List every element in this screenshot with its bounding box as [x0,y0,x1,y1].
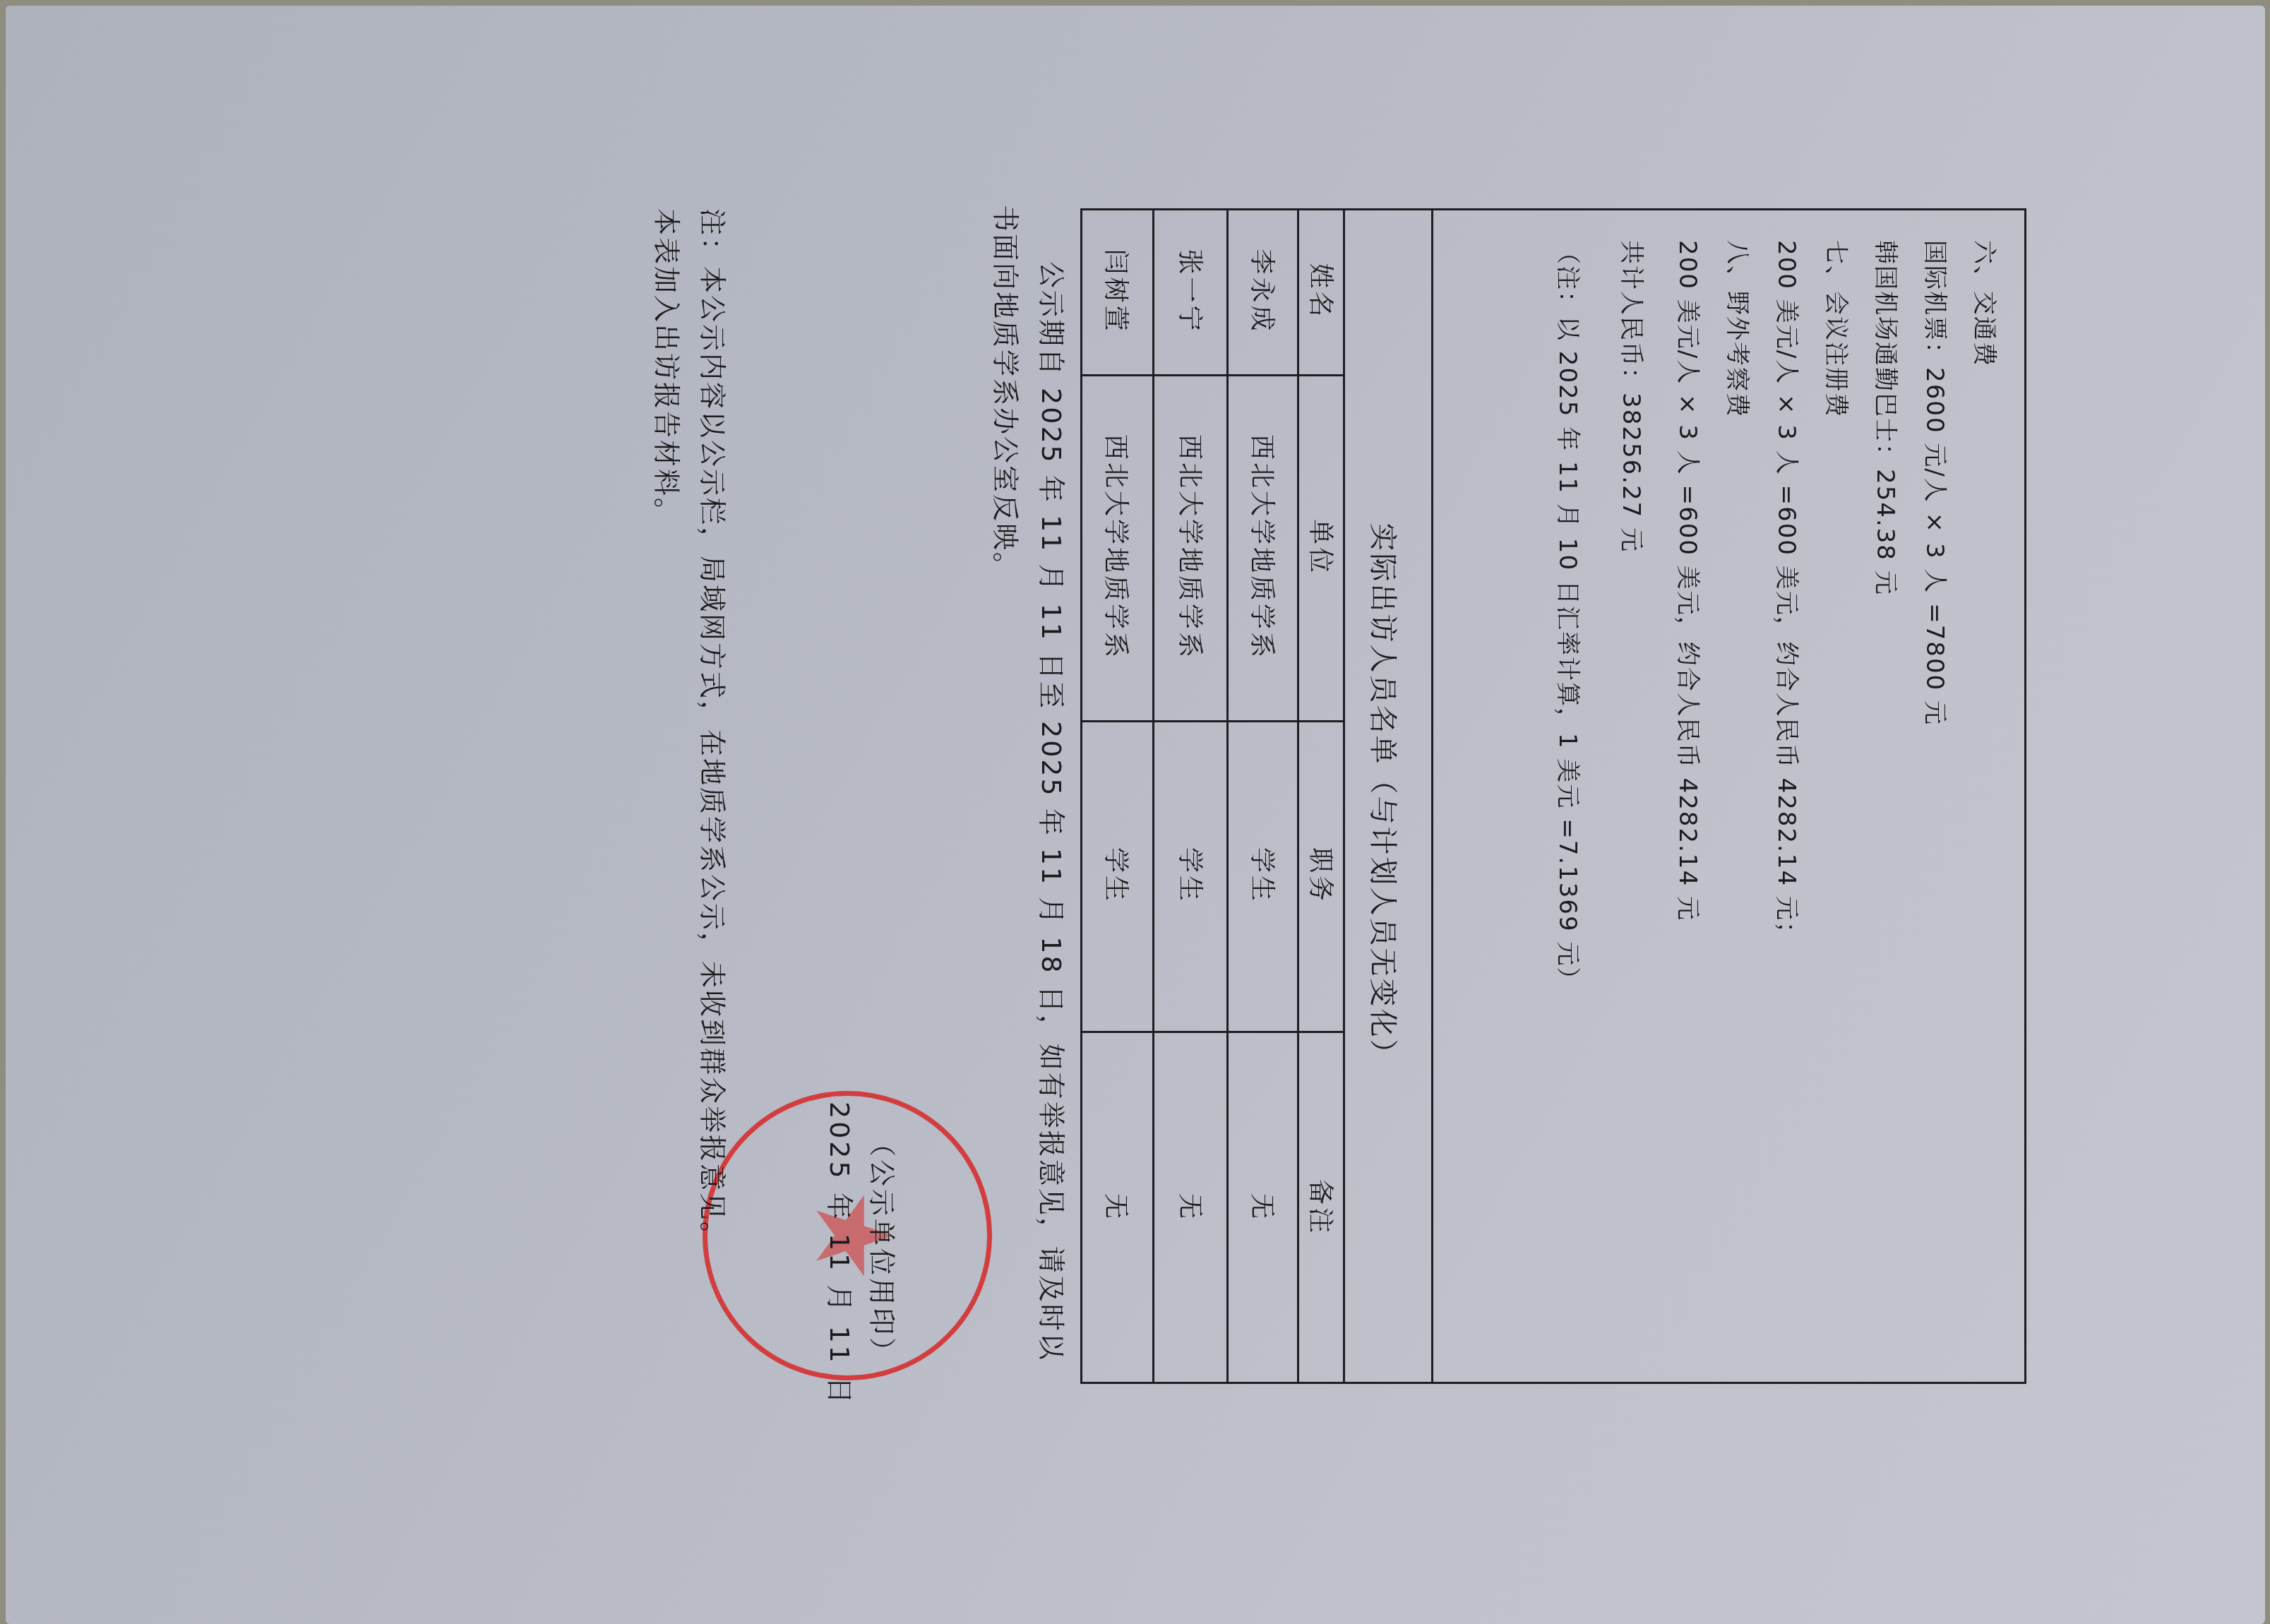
row1-remarks: 无 [1229,1031,1299,1384]
row3-remarks: 无 [1080,1031,1154,1384]
row2-name: 张一宁 [1154,208,1229,374]
row1-name: 李永成 [1229,208,1299,374]
row2-unit: 西北大学地质学系 [1154,374,1229,720]
row3-unit: 西北大学地质学系 [1080,374,1154,720]
fee-heading-transport: 六、交通费 [1970,240,1998,367]
fee-international-airfare: 国际机票：2600 元/人 × 3 人 =7800 元 [1920,240,1949,726]
header-position: 职务 [1299,720,1345,1031]
fee-registration: 200 美元/人 × 3 人 =600 美元，约合人民币 4282.14 元； [1772,240,1800,947]
fee-section-divider [1431,208,1433,1384]
notice-period-line1: 公示期自 2025 年 11 月 11 日至 2025 年 11 月 18 日，… [1037,261,1066,1362]
row3-position: 学生 [1080,720,1154,1031]
seal-label: （公示单位用印） [865,1130,904,1367]
fee-fieldtrip: 200 美元/人 × 3 人 =600 美元，约合人民币 4282.14 元 [1673,240,1702,921]
notice-period-line2: 书面向地质学系办公室反映。 [991,205,1020,581]
row2-position: 学生 [1154,720,1229,1031]
header-unit: 单位 [1299,374,1345,720]
fee-airport-bus: 韩国机场通勤巴士：254.38 元 [1871,240,1899,596]
roster-title: 实际出访人员名单（与计划人员无变化） [1365,208,1405,1384]
header-remarks: 备注 [1299,1031,1345,1384]
note-line2: 本表加入出访报告材料。 [652,208,681,527]
fee-heading-registration: 七、会议注册费 [1822,240,1850,418]
row1-unit: 西北大学地质学系 [1229,374,1299,720]
fee-heading-fieldtrip: 八、野外考察费 [1723,240,1751,418]
row1-position: 学生 [1229,720,1299,1031]
note-line1: 注：本公示内容以公示栏，局域网方式，在地质学系公示，未收到群众举报意见。 [698,208,727,1250]
header-name: 姓名 [1299,208,1345,374]
row2-remarks: 无 [1154,1031,1229,1384]
fee-total: 共计人民币：38256.27 元 [1617,240,1645,553]
row3-name: 闫树萱 [1080,208,1154,374]
document-page: 六、交通费 国际机票：2600 元/人 × 3 人 =7800 元 韩国机场通勤… [0,0,2270,1624]
fee-exchange-rate-note: （注：以 2025 年 11 月 10 日汇率计算，1 美元 =7.1369 元… [1553,240,1582,992]
signoff-date: 2025 年 11 月 11 日 [823,1101,861,1407]
